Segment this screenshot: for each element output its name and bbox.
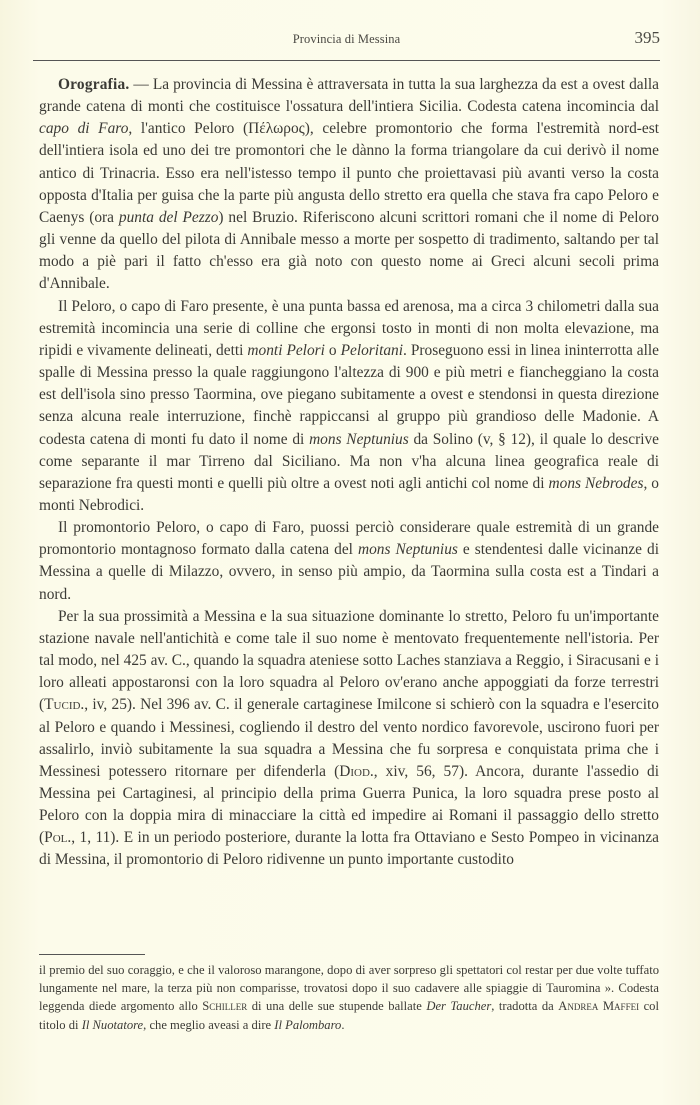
italic-text: Der Taucher: [426, 999, 491, 1013]
smallcaps-text: Schiller: [202, 999, 247, 1013]
italic-text: Peloritani: [341, 342, 403, 359]
paragraph: Il promontorio Peloro, o capo di Faro, p…: [39, 517, 659, 606]
book-page: Provincia di Messina 395 Orografia. — La…: [0, 0, 700, 1105]
paragraph: Per la sua prossimità a Messina e la sua…: [39, 606, 659, 872]
italic-text: monti Pelori: [247, 342, 325, 359]
text-run: , l'antico Peloro (: [128, 120, 248, 137]
italic-text: mons Nebrodes: [549, 475, 644, 492]
text-run: o: [325, 342, 341, 359]
text-run: di una delle sue stupende ballate: [247, 999, 426, 1013]
body-text: Orografia. — La provincia di Messina è a…: [39, 74, 659, 872]
smallcaps-text: Diod.: [339, 763, 374, 780]
italic-text: mons Neptunius: [309, 431, 409, 448]
page-header: Provincia di Messina 395: [33, 28, 660, 52]
italic-text: Il Nuotatore: [82, 1018, 143, 1032]
smallcaps-text: Pol.: [44, 829, 71, 846]
paragraph: Il Peloro, o capo di Faro presente, è un…: [39, 296, 659, 518]
smallcaps-text: Tucid.: [44, 696, 84, 713]
italic-text: Il Palombaro: [274, 1018, 341, 1032]
running-title: Provincia di Messina: [33, 32, 660, 47]
footnote-text: il premio del suo coraggio, e che il val…: [39, 961, 659, 1034]
footnote: il premio del suo coraggio, e che il val…: [39, 961, 659, 1034]
text-run: — La provincia di Messina è attraversata…: [39, 76, 659, 115]
paragraph-orografia: Orografia. — La provincia di Messina è a…: [39, 74, 659, 296]
header-rule: [33, 60, 660, 61]
footnote-rule: [39, 954, 145, 955]
text-run: , tradotta da: [491, 999, 558, 1013]
smallcaps-text: Andrea Maffei: [558, 999, 639, 1013]
section-lead: Orografia.: [58, 76, 129, 93]
italic-text: punta del Pezzo: [119, 209, 219, 226]
page-number: 395: [635, 28, 661, 48]
text-run: , 1, 11). E in un periodo posteriore, du…: [39, 829, 659, 868]
italic-text: capo di Faro: [39, 120, 128, 137]
text-run: , che meglio aveasi a dire: [143, 1018, 274, 1032]
text-run: Πέλωρος: [248, 120, 305, 137]
text-run: .: [341, 1018, 344, 1032]
italic-text: mons Neptunius: [358, 541, 458, 558]
